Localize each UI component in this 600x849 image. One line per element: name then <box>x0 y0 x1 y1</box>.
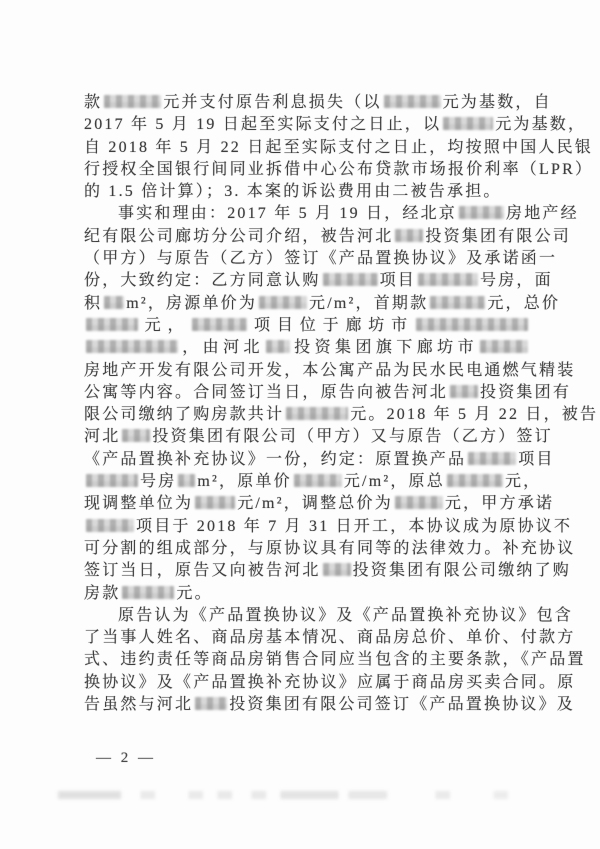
text-line: 份，大致约定：乙方同意认购项目号房，面 <box>84 270 530 292</box>
redacted-text <box>450 385 478 398</box>
document-text: 号房，面 <box>480 272 553 289</box>
text-line: 纪有限公司廊坊分公司介绍，被告河北投资集团有限公司 <box>84 226 530 248</box>
text-line: 自 2018 年 5 月 22 日起至实际支付之日止，均按照中国人民银 <box>84 137 530 159</box>
document-body: 款元并支付原告利息损失（以元为基数，自2017 年 5 月 19 日起至实际支付… <box>84 92 530 716</box>
text-line: ，由河北投资集团旗下廊坊市 <box>84 337 530 359</box>
redacted-text <box>395 229 423 242</box>
document-text: 项目 <box>380 272 416 289</box>
document-text: 元。 <box>176 585 212 602</box>
document-text: 自 2018 年 5 月 22 日起至实际支付之日止，均按照中国人民银 <box>84 139 593 156</box>
text-line: 原告认为《产品置换协议》及《产品置换补充协议》包含 <box>84 605 530 627</box>
text-line: （甲方）与原告（乙方）签订《产品置换协议》及承诺函一 <box>84 248 530 270</box>
text-line: 积m²，房源单价为元/m²，首期款元，总价 <box>84 293 530 315</box>
redacted-text <box>395 496 443 509</box>
document-text: 元/m²，原总 <box>344 473 445 490</box>
document-text: 原告认为《产品置换协议》及《产品置换补充协议》包含 <box>118 607 573 624</box>
redacted-text <box>430 296 485 309</box>
text-line: 限公司缴纳了购房款共计元。2018 年 5 月 22 日，被告 <box>84 404 530 426</box>
document-text: 限公司缴纳了购房款共计 <box>84 406 284 423</box>
document-text: 公寓等内容。合同签订当日，原告向被告河北 <box>84 384 448 401</box>
redacted-text <box>195 496 235 509</box>
page-number: — 2 — <box>96 750 156 767</box>
redacted-text <box>178 474 195 487</box>
document-text: 告虽然与河北 <box>84 696 193 713</box>
document-text: 换协议》及《产品置换补充协议》应属于商品房买卖合同。原 <box>84 674 575 691</box>
redacted-text <box>384 95 441 108</box>
document-text: 元， <box>140 317 190 334</box>
paragraph-indent <box>84 619 118 620</box>
redacted-text <box>86 340 178 353</box>
document-text: 元。2018 年 5 月 22 日，被告 <box>350 406 598 423</box>
text-line: 换协议》及《产品置换补充协议》应属于商品房买卖合同。原 <box>84 672 530 694</box>
text-line: 号房m²，原单价元/m²，原总元， <box>84 471 530 493</box>
text-line: 了当事人姓名、商品房基本情况、商品房总价、单价、付款方 <box>84 627 530 649</box>
redacted-text <box>294 474 342 487</box>
redacted-text <box>104 296 124 309</box>
redacted-text <box>323 273 378 286</box>
text-line: 《产品置换补充协议》一份，约定：原置换产品项目 <box>84 449 530 471</box>
redacted-text <box>459 206 504 219</box>
document-text: 可分割的组成部分，与原协议具有同等的法律效力。补充协议 <box>84 540 575 557</box>
document-text: 纪有限公司廊坊分公司介绍，被告河北 <box>84 228 393 245</box>
document-text: 积 <box>84 295 102 312</box>
redacted-text <box>323 563 351 576</box>
document-text: 房地产经 <box>506 205 579 222</box>
document-text: 项目位于廊坊市 <box>249 317 414 334</box>
redacted-text <box>104 95 161 108</box>
redacted-text <box>122 429 150 442</box>
document-text: 投资集团有限公司（甲方）又与原告（乙方）签订 <box>152 428 552 445</box>
scanned-document-page: 款元并支付原告利息损失（以元为基数，自2017 年 5 月 19 日起至实际支付… <box>0 0 600 849</box>
document-text: 项目 <box>518 451 554 468</box>
redacted-text <box>86 474 138 487</box>
redacted-text <box>418 273 478 286</box>
redacted-text <box>86 519 134 532</box>
scan-smudge <box>58 791 542 799</box>
text-line: 房款元。 <box>84 583 530 605</box>
text-line: 事实和理由：2017 年 5 月 19 日，经北京房地产经 <box>84 203 530 225</box>
document-text: （甲方）与原告（乙方）签订《产品置换协议》及承诺函一 <box>84 250 557 267</box>
paragraph-indent <box>84 217 118 218</box>
document-text: 元，总价 <box>487 295 560 312</box>
redacted-text <box>266 340 290 353</box>
text-line: 房地产开发有限公司开发，本公寓产品为民水民电通燃气精装 <box>84 360 530 382</box>
redacted-text <box>122 586 174 599</box>
document-text: 现调整单位为 <box>84 495 193 512</box>
document-text: 投资集团有限公司缴纳了购 <box>353 562 571 579</box>
document-text: 投资集团有限公司 <box>425 228 571 245</box>
document-text: 号房 <box>140 473 176 490</box>
text-line: 河北投资集团有限公司（甲方）又与原告（乙方）签订 <box>84 426 530 448</box>
document-text: m²，房源单价为 <box>126 295 257 312</box>
document-text: 元/m²，首期款 <box>309 295 428 312</box>
document-text: 行授权全国银行间同业拆借中心公布贷款市场报价利率（LPR） <box>84 161 593 178</box>
redacted-text <box>86 318 138 331</box>
redacted-text <box>480 340 528 353</box>
document-text: 房款 <box>84 585 120 602</box>
document-text: 签订当日，原告又向被告河北 <box>84 562 321 579</box>
text-line: 款元并支付原告利息损失（以元为基数，自 <box>84 92 530 114</box>
redacted-text <box>286 407 348 420</box>
document-text: m²，原单价 <box>197 473 291 490</box>
document-text: ，由河北 <box>180 339 264 356</box>
document-text: 投资集团有限公司签订《产品置换协议》及 <box>229 696 575 713</box>
text-line: 的 1.5 倍计算）；3. 本案的诉讼费用由二被告承担。 <box>84 181 530 203</box>
document-text: 投资集团有 <box>480 384 571 401</box>
document-text: 份，大致约定：乙方同意认购 <box>84 272 321 289</box>
document-text: 式、违约责任等商品房销售合同应当包含的主要条款，《产品置 <box>84 651 586 668</box>
text-line: 元，项目位于廊坊市 <box>84 315 530 337</box>
document-text: 事实和理由：2017 年 5 月 19 日，经北京 <box>118 205 457 222</box>
text-line: 现调整单位为元/m²，调整总价为元，甲方承诺 <box>84 493 530 515</box>
document-text: 元， <box>505 473 541 490</box>
document-text: 元为基数，自 <box>443 94 552 111</box>
document-text: 《产品置换补充协议》一份，约定：原置换产品 <box>84 451 466 468</box>
text-line: 告虽然与河北投资集团有限公司签订《产品置换协议》及 <box>84 694 530 716</box>
document-text: 元/m²，调整总价为 <box>237 495 393 512</box>
redacted-text <box>195 697 227 710</box>
document-text: 元为基数， <box>495 116 586 133</box>
document-text: 项目于 2018 年 7 月 31 日开工，本协议成为原协议不 <box>136 518 572 535</box>
document-text: 的 1.5 倍计算）；3. 本案的诉讼费用由二被告承担。 <box>84 183 502 200</box>
redacted-text <box>468 452 516 465</box>
text-line: 式、违约责任等商品房销售合同应当包含的主要条款，《产品置 <box>84 649 530 671</box>
redacted-text <box>259 296 307 309</box>
redacted-text <box>447 474 503 487</box>
text-line: 公寓等内容。合同签订当日，原告向被告河北投资集团有 <box>84 382 530 404</box>
document-text: 2017 年 5 月 19 日起至实际支付之日止，以 <box>84 116 441 133</box>
text-line: 2017 年 5 月 19 日起至实际支付之日止，以元为基数， <box>84 114 530 136</box>
redacted-text <box>192 318 247 331</box>
document-text: 元，甲方承诺 <box>445 495 554 512</box>
text-line: 项目于 2018 年 7 月 31 日开工，本协议成为原协议不 <box>84 516 530 538</box>
document-text: 款 <box>84 94 102 111</box>
document-text: 房地产开发有限公司开发，本公寓产品为民水民电通燃气精装 <box>84 362 575 379</box>
redacted-text <box>416 318 528 331</box>
text-line: 行授权全国银行间同业拆借中心公布贷款市场报价利率（LPR） <box>84 159 530 181</box>
text-line: 可分割的组成部分，与原协议具有同等的法律效力。补充协议 <box>84 538 530 560</box>
document-text: 投资集团旗下廊坊市 <box>292 339 478 356</box>
text-line: 签订当日，原告又向被告河北投资集团有限公司缴纳了购 <box>84 560 530 582</box>
document-text: 了当事人姓名、商品房基本情况、商品房总价、单价、付款方 <box>84 629 575 646</box>
document-text: 河北 <box>84 428 120 445</box>
document-text: 元并支付原告利息损失（以 <box>163 94 381 111</box>
redacted-text <box>443 117 493 130</box>
